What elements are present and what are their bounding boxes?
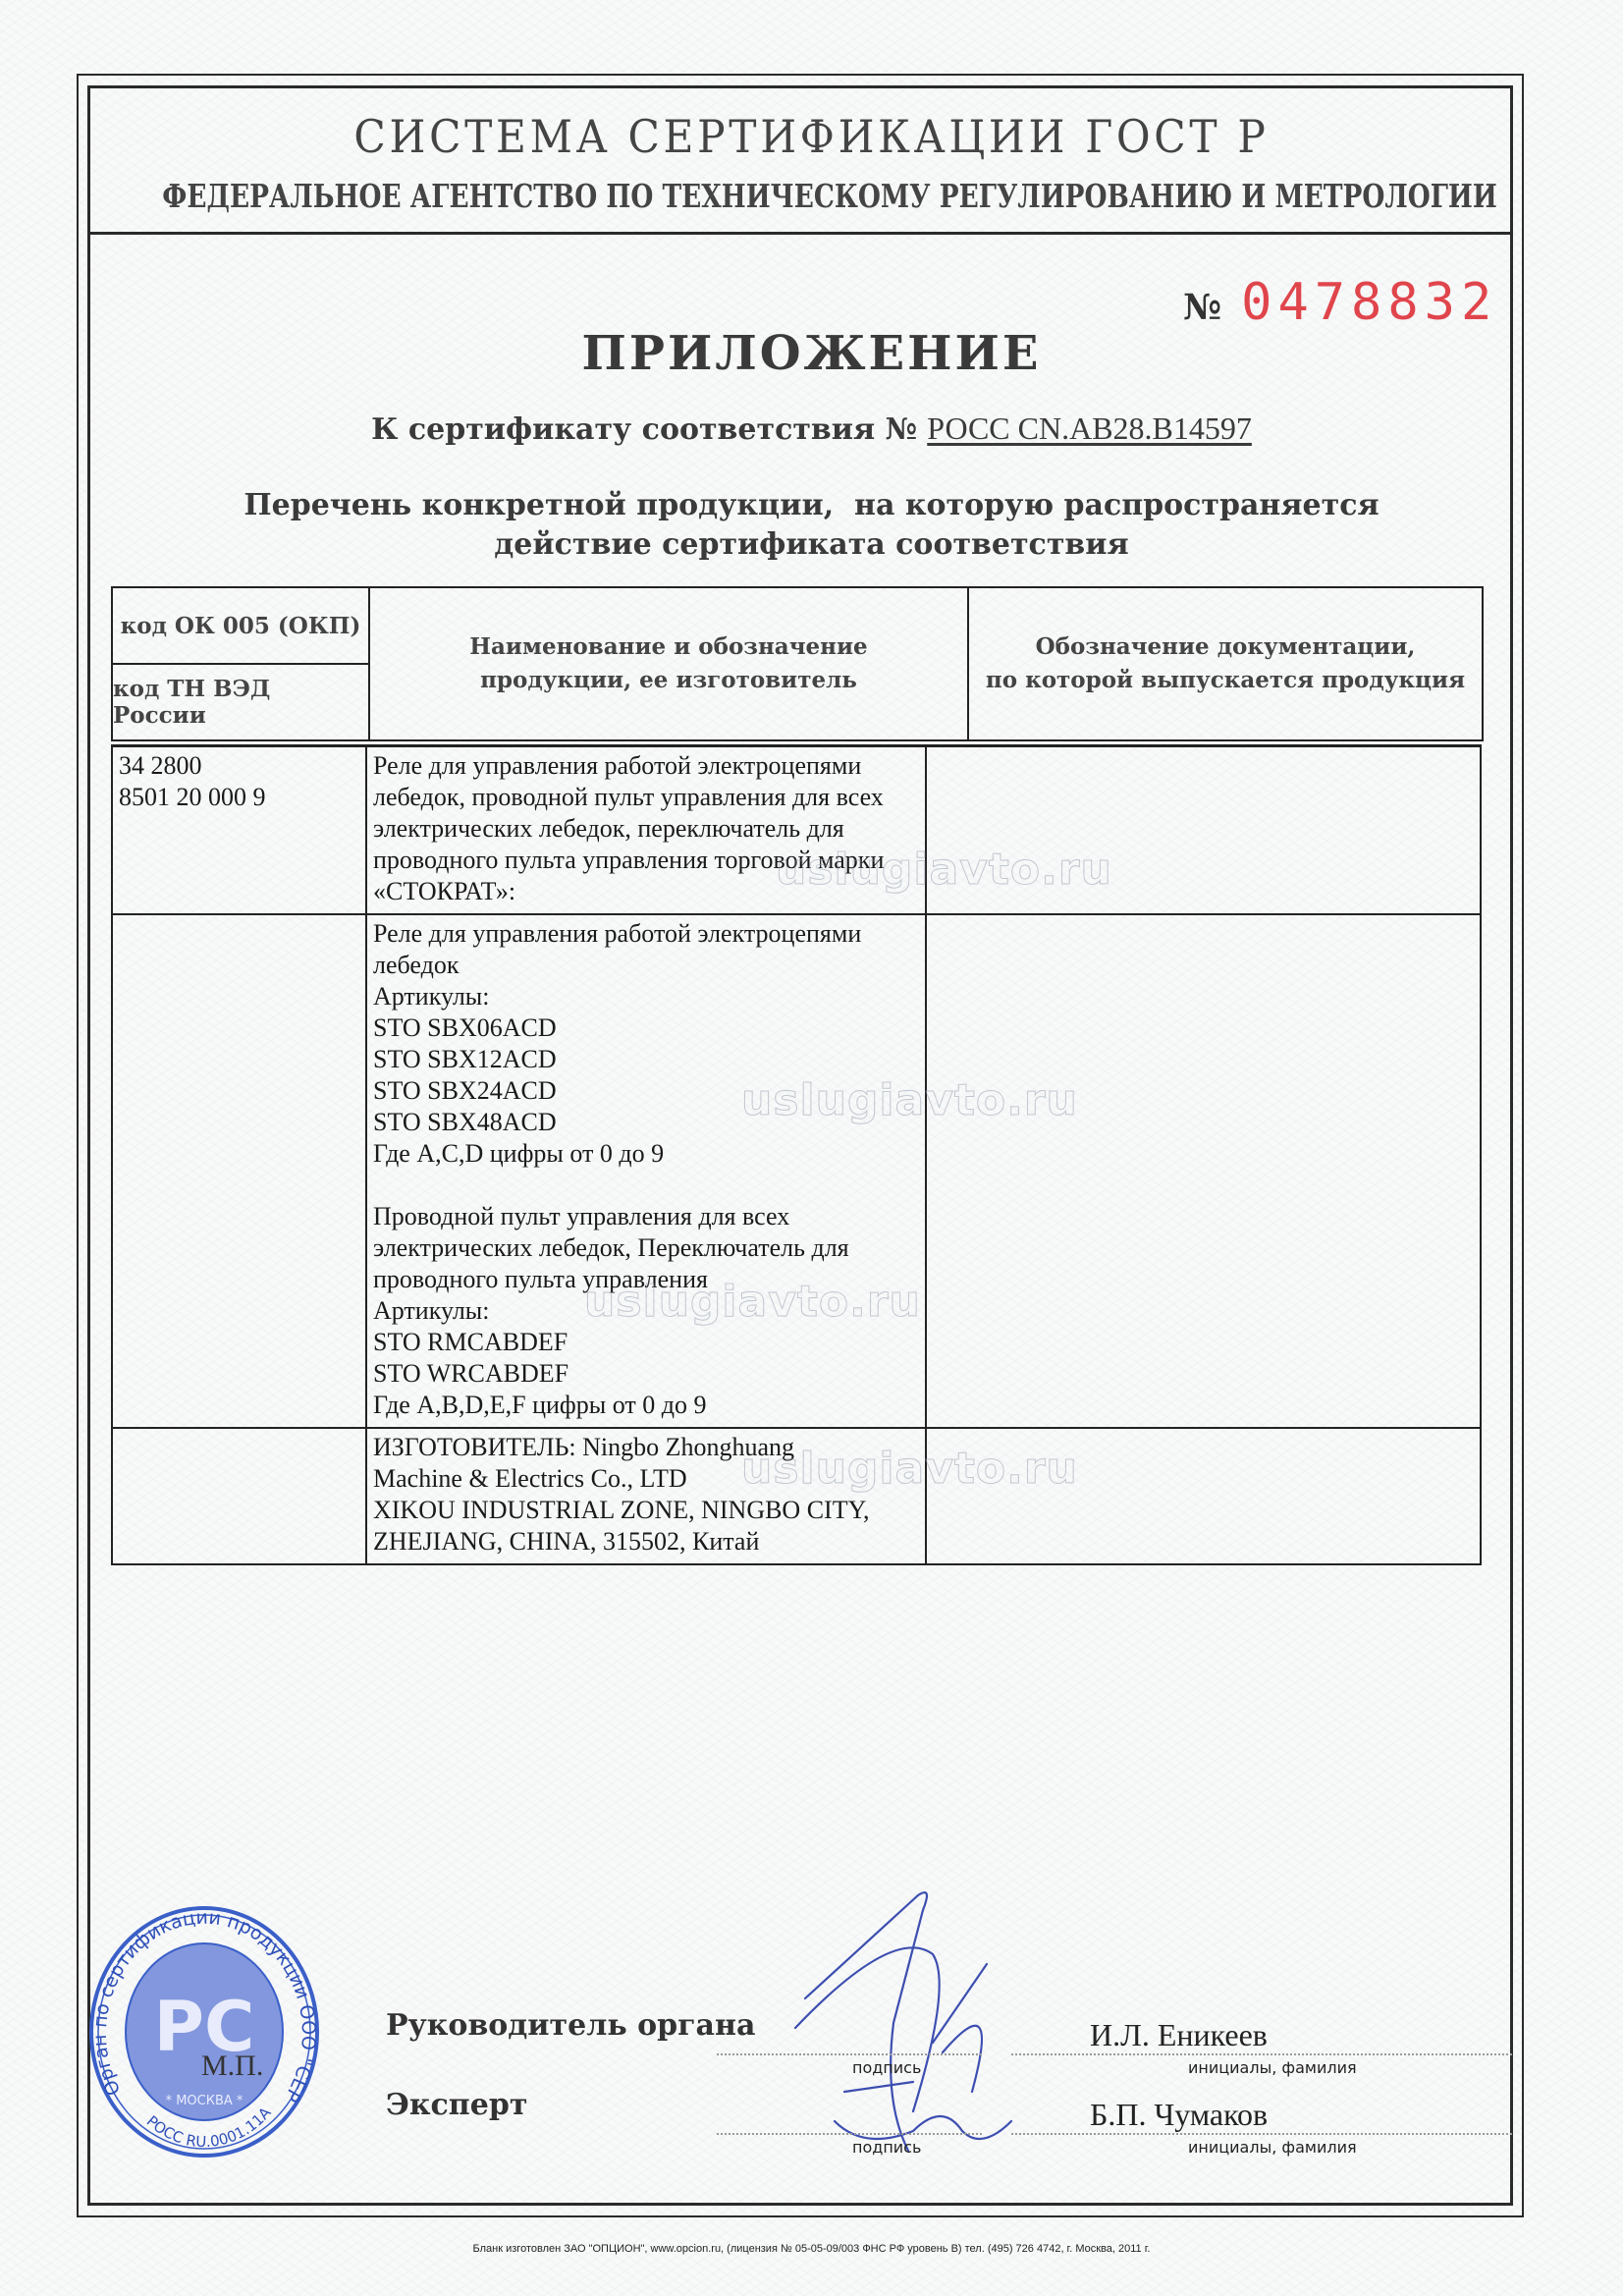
product-name-line: лебедок xyxy=(373,950,919,981)
product-name-line: XIKOU INDUSTRIAL ZONE, NINGBO CITY, xyxy=(373,1495,919,1526)
table-body: 34 28008501 20 000 9Реле для управления … xyxy=(111,744,1482,1565)
head-label: Руководитель органа xyxy=(386,2008,755,2043)
product-name-line: электрических лебедок, Переключатель для xyxy=(373,1232,919,1264)
certificate-prefix: К сертификату соответствия № xyxy=(371,412,917,447)
product-name-line: Реле для управления работой электроцепям… xyxy=(373,918,919,950)
product-name-line: ИЗГОТОВИТЕЛЬ: Ningbo Zhonghuang xyxy=(373,1432,919,1463)
header-doc-line2: по которой выпускается продукция xyxy=(986,664,1465,697)
head-name: И.Л. Еникеев xyxy=(1090,2017,1268,2053)
product-name-line: Machine & Electrics Co., LTD xyxy=(373,1463,919,1495)
certificate-number: РОСС CN.АВ28.В14597 xyxy=(927,410,1252,446)
cell-codes xyxy=(113,915,367,1427)
product-name-line: ZHEJIANG, CHINA, 315502, Китай xyxy=(373,1526,919,1558)
header-codes: код ОК 005 (ОКП) код ТН ВЭД России xyxy=(113,588,370,739)
system-title: СИСТЕМА СЕРТИФИКАЦИИ ГОСТ Р xyxy=(65,110,1558,163)
expert-name: Б.П. Чумаков xyxy=(1090,2097,1268,2133)
head-name-line xyxy=(1011,2053,1512,2055)
stamp-city: * МОСКВА * xyxy=(166,2094,243,2108)
product-name-line: Артикулы: xyxy=(373,1295,919,1327)
header-name-line2: продукции, ее изготовитель xyxy=(469,664,867,697)
agency-title: ФЕДЕРАЛЬНОЕ АГЕНТСТВО ПО ТЕХНИЧЕСКОМУ РЕ… xyxy=(162,177,1460,215)
product-name-line: STO SBX24ACD xyxy=(373,1075,919,1107)
table-row: ИЗГОТОВИТЕЛЬ: Ningbo ZhonghuangMachine &… xyxy=(113,1427,1480,1563)
product-name-line: Артикулы: xyxy=(373,981,919,1012)
product-code: 8501 20 000 9 xyxy=(119,782,359,813)
cell-documentation xyxy=(927,747,1480,913)
product-name-line: проводного пульта управления торговой ма… xyxy=(373,845,919,876)
cell-codes xyxy=(113,1429,367,1563)
signature-scribbles xyxy=(776,1856,1109,2180)
expert-name-line xyxy=(1011,2133,1512,2135)
product-name-line: STO WRCABDEF xyxy=(373,1358,919,1390)
product-code: 34 2800 xyxy=(119,750,359,782)
products-table: код ОК 005 (ОКП) код ТН ВЭД России Наиме… xyxy=(111,586,1484,1565)
form-number: №0478832 xyxy=(1183,273,1497,332)
product-name-line xyxy=(373,1170,919,1201)
appendix-title: ПРИЛОЖЕНИЕ xyxy=(0,326,1623,381)
expert-name-caption: инициалы, фамилия xyxy=(1188,2138,1357,2157)
header-code-tnved: код ТН ВЭД России xyxy=(113,663,368,739)
table-header: код ОК 005 (ОКП) код ТН ВЭД России Наиме… xyxy=(111,586,1484,741)
product-name-line: проводного пульта управления xyxy=(373,1264,919,1295)
product-name-line: STO RMCABDEF xyxy=(373,1327,919,1358)
product-name-line: «СТОКРАТ»: xyxy=(373,876,919,907)
head-signature-line xyxy=(717,2053,982,2055)
table-row: Реле для управления работой электроцепям… xyxy=(113,913,1480,1427)
product-name-line: Где А,С,D цифры от 0 до 9 xyxy=(373,1138,919,1170)
product-name-line: электрических лебедок, переключатель для xyxy=(373,813,919,845)
stamp-place-mark: М.П. xyxy=(201,2050,263,2083)
expert-label: Эксперт xyxy=(386,2088,527,2122)
cell-product-name: Реле для управления работой электроцепям… xyxy=(367,747,927,913)
cell-documentation xyxy=(927,1429,1480,1563)
header-divider xyxy=(87,232,1513,235)
list-title-line2: действие сертификата соответствия xyxy=(0,525,1623,565)
product-name-line: STO SBX48ACD xyxy=(373,1107,919,1138)
header-name-line1: Наименование и обозначение xyxy=(469,630,867,664)
product-name-line: STO SBX06ACD xyxy=(373,1012,919,1044)
form-number-value: 0478832 xyxy=(1241,273,1497,332)
cell-product-name: ИЗГОТОВИТЕЛЬ: Ningbo ZhonghuangMachine &… xyxy=(367,1429,927,1563)
cell-product-name: Реле для управления работой электроцепям… xyxy=(367,915,927,1427)
product-name-line: Проводной пульт управления для всех xyxy=(373,1201,919,1232)
header-doc-line1: Обозначение документации, xyxy=(986,630,1465,664)
table-row: 34 28008501 20 000 9Реле для управления … xyxy=(113,747,1480,913)
certificate-reference: К сертификату соответствия №РОСС CN.АВ28… xyxy=(0,410,1623,447)
head-signature-caption: подпись xyxy=(852,2058,921,2077)
expert-signature-caption: подпись xyxy=(852,2138,921,2157)
list-title: Перечень конкретной продукции, на котору… xyxy=(0,486,1623,565)
cell-documentation xyxy=(927,915,1480,1427)
product-name-line: лебедок, проводной пульт управления для … xyxy=(373,782,919,813)
header-documentation: Обозначение документации, по которой вып… xyxy=(969,588,1482,739)
header-product-name: Наименование и обозначение продукции, ее… xyxy=(370,588,969,739)
product-name-line: Где А,В,D,E,F цифры от 0 до 9 xyxy=(373,1390,919,1421)
footer-note: Бланк изготовлен ЗАО "ОПЦИОН", www.opcio… xyxy=(0,2243,1623,2255)
product-name-line: STO SBX12ACD xyxy=(373,1044,919,1075)
expert-signature-line xyxy=(717,2133,982,2135)
cell-codes: 34 28008501 20 000 9 xyxy=(113,747,367,913)
head-name-caption: инициалы, фамилия xyxy=(1188,2058,1357,2077)
certification-stamp: Орган по сертификации продукции ООО "СЕР… xyxy=(86,1903,322,2160)
header-code-okp: код ОК 005 (ОКП) xyxy=(113,588,368,663)
list-title-line1: Перечень конкретной продукции, на котору… xyxy=(0,486,1623,525)
product-name-line: Реле для управления работой электроцепям… xyxy=(373,750,919,782)
number-sign: № xyxy=(1183,287,1221,328)
